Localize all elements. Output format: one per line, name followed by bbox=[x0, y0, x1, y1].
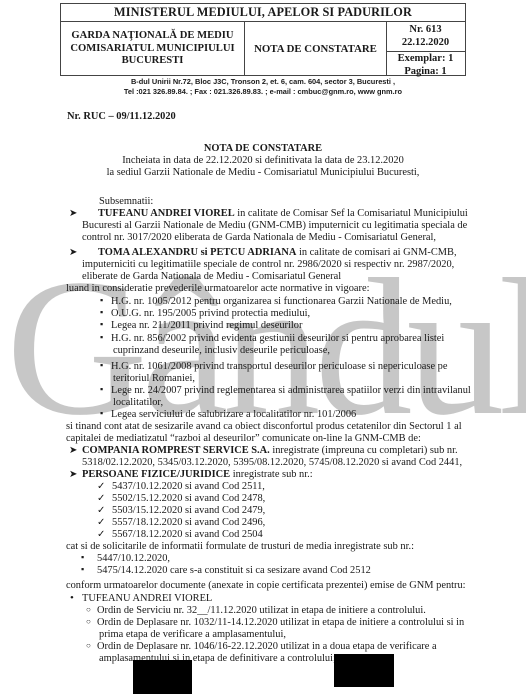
legal-act-item: O.U.G. nr. 195/2005 privind protectia me… bbox=[111, 308, 310, 319]
square-bullet-icon: ▪ bbox=[100, 307, 103, 317]
checkmark-icon: ✓ bbox=[97, 481, 105, 492]
circle-bullet-icon: ○ bbox=[86, 641, 91, 650]
context-line: si tinand cont atat de sesizarile avand … bbox=[66, 421, 462, 432]
square-bullet-icon: ▪ bbox=[100, 332, 103, 342]
page-title: NOTA DE CONSTATARE bbox=[0, 143, 526, 154]
legal-act-item: H.G. nr. 856/2002 privind evidenta gesti… bbox=[111, 333, 444, 344]
persons-text: inregistrate sub nr.: bbox=[230, 469, 313, 480]
document-number: Nr. 613 bbox=[386, 24, 465, 37]
legal-act-item: Legea serviciului de salubrizare a local… bbox=[111, 409, 356, 420]
document-person: TUFEANU ANDREI VIOREL bbox=[82, 593, 212, 604]
subtitle-line: Incheiata in data de 22.12.2020 si defin… bbox=[0, 155, 526, 166]
redaction-box bbox=[133, 660, 192, 694]
company-registrations: 5318/02.12.2020, 5345/03.12.2020, 5395/0… bbox=[82, 457, 462, 468]
contact-line: Tel :021 326.89.84. ; Fax : 021.326.89.8… bbox=[60, 87, 466, 97]
ministry-name: MINISTERUL MEDIULUI, APELOR SI PADURILOR bbox=[61, 4, 465, 22]
redaction-box bbox=[334, 654, 394, 687]
document-number-date: Nr. 613 22.12.2020 bbox=[386, 21, 465, 52]
checkmark-icon: ✓ bbox=[97, 493, 105, 504]
legal-act-item: H.G. nr. 1061/2008 privind transportul d… bbox=[111, 361, 447, 372]
checkmark-icon: ✓ bbox=[97, 517, 105, 528]
legal-intro: luand in consideratie prevederile urmato… bbox=[66, 283, 370, 294]
legal-act-item: cuprinzand deseurile, inclusiv deseurile… bbox=[113, 345, 330, 356]
signatory-entry: TOMA ALEXANDRU si PETCU ADRIANA in calit… bbox=[98, 247, 457, 258]
document-type: NOTA DE CONSTATARE bbox=[245, 21, 387, 75]
square-bullet-icon: ▪ bbox=[81, 552, 84, 562]
document-header-table: MINISTERUL MEDIULUI, APELOR SI PADURILOR… bbox=[60, 3, 466, 76]
square-bullet-icon: ▪ bbox=[100, 360, 103, 370]
ruc-number: Nr. RUC – 09/11.12.2020 bbox=[67, 111, 176, 122]
arrow-bullet-icon: ➤ bbox=[69, 469, 77, 480]
arrow-bullet-icon: ➤ bbox=[69, 445, 77, 456]
registration-item: 5557/18.12.2020 si avand Cod 2496, bbox=[112, 517, 265, 528]
legal-act-item: Legea nr. 211/2011 privind regimul deseu… bbox=[111, 320, 302, 331]
company-name: COMPANIA ROMPREST SERVICE S.A. bbox=[82, 445, 270, 456]
complainant-persons: PERSOANE FIZICE/JURIDICE inregistrate su… bbox=[82, 469, 313, 480]
context-line: capitalei de mediatizatul “razboi al des… bbox=[66, 433, 421, 444]
document-date: 22.12.2020 bbox=[386, 37, 465, 50]
bullet-dot-icon: • bbox=[70, 592, 74, 604]
signatory-name: TOMA ALEXANDRU si PETCU ADRIANA bbox=[98, 247, 296, 258]
org-line: COMISARIATUL MUNICIPIULUI bbox=[61, 43, 244, 56]
signatory-entry: TUFEANU ANDREI VIOREL in calitate de Com… bbox=[98, 208, 468, 219]
subtitle-line: la sediul Garzii Nationale de Mediu - Co… bbox=[0, 167, 526, 178]
registration-item: 5503/15.12.2020 si avand Cod 2479, bbox=[112, 505, 265, 516]
signatory-text: imputerniciti cu legitimatiile speciale … bbox=[82, 259, 454, 270]
address-line: B-dul Unirii Nr.72, Bloc J3C, Tronson 2,… bbox=[60, 77, 466, 87]
signatory-name: TUFEANU ANDREI VIOREL bbox=[98, 208, 235, 219]
documents-intro: conform urmatoarelor documente (anexate … bbox=[66, 580, 466, 591]
arrow-bullet-icon: ➤ bbox=[69, 208, 77, 219]
document-item: prima etapa de verificare a amplasamentu… bbox=[99, 629, 286, 640]
registration-item: 5437/10.12.2020 si avand Cod 2511, bbox=[112, 481, 265, 492]
legal-act-item: localitatilor, bbox=[113, 397, 163, 408]
square-bullet-icon: ▪ bbox=[100, 408, 103, 418]
registration-item: 5567/18.12.2020 si avand Cod 2504 bbox=[112, 529, 263, 540]
signatory-text: Bucuresti al Garzii Nationale de Mediu (… bbox=[82, 220, 467, 231]
complainant-company: COMPANIA ROMPREST SERVICE S.A. inregistr… bbox=[82, 445, 458, 456]
circle-bullet-icon: ○ bbox=[86, 617, 91, 626]
legal-act-item: Lege nr. 24/2007 privind reglementarea s… bbox=[111, 385, 471, 396]
document-item: Ordin de Serviciu nr. 32__/11.12.2020 ut… bbox=[97, 605, 426, 616]
document-item: Ordin de Deplasare nr. 1046/16-22.12.202… bbox=[97, 641, 437, 652]
document-copy-info: Exemplar: 1 Pagina: 1 bbox=[386, 52, 465, 75]
signatory-text: eliberate de Garda Nationala de Mediu - … bbox=[82, 271, 341, 282]
signatory-text: control nr. 3017/2020 eliberata de Garda… bbox=[82, 232, 436, 243]
legal-act-item: H.G. nr. 1005/2012 pentru organizarea si… bbox=[111, 296, 452, 307]
media-registration-item: 5475/14.12.2020 care s-a constituit si c… bbox=[97, 565, 371, 576]
org-line: BUCURESTI bbox=[61, 55, 244, 68]
signatory-text: in calitate de comisari ai GNM-CMB, bbox=[296, 247, 456, 258]
exemplar-label: Exemplar: 1 bbox=[386, 53, 465, 66]
signatory-text: in calitate de Comisar Sef la Comisariat… bbox=[235, 208, 468, 219]
org-line: GARDA NAŢIONALĂ DE MEDIU bbox=[61, 30, 244, 43]
media-intro: cat si de solicitarile de informatii for… bbox=[66, 541, 414, 552]
square-bullet-icon: ▪ bbox=[100, 384, 103, 394]
registration-item: 5502/15.12.2020 si avand Cod 2478, bbox=[112, 493, 265, 504]
document-page: Gândul. MINISTERUL MEDIULUI, APELOR SI P… bbox=[0, 0, 526, 700]
legal-act-item: teritoriul Romaniei, bbox=[113, 373, 195, 384]
persons-label: PERSOANE FIZICE/JURIDICE bbox=[82, 469, 230, 480]
subsemnatii-label: Subsemnatii: bbox=[99, 196, 153, 207]
circle-bullet-icon: ○ bbox=[86, 605, 91, 614]
square-bullet-icon: ▪ bbox=[100, 295, 103, 305]
arrow-bullet-icon: ➤ bbox=[69, 247, 77, 258]
checkmark-icon: ✓ bbox=[97, 505, 105, 516]
organization-name: GARDA NAŢIONALĂ DE MEDIU COMISARIATUL MU… bbox=[61, 21, 245, 75]
document-item: Ordin de Deplasare nr. 1032/11-14.12.202… bbox=[97, 617, 464, 628]
media-registration-item: 5447/10.12.2020, bbox=[97, 553, 170, 564]
square-bullet-icon: ▪ bbox=[100, 319, 103, 329]
checkmark-icon: ✓ bbox=[97, 529, 105, 540]
square-bullet-icon: ▪ bbox=[81, 564, 84, 574]
company-text: inregistrate (impreuna cu completari) su… bbox=[270, 445, 458, 456]
